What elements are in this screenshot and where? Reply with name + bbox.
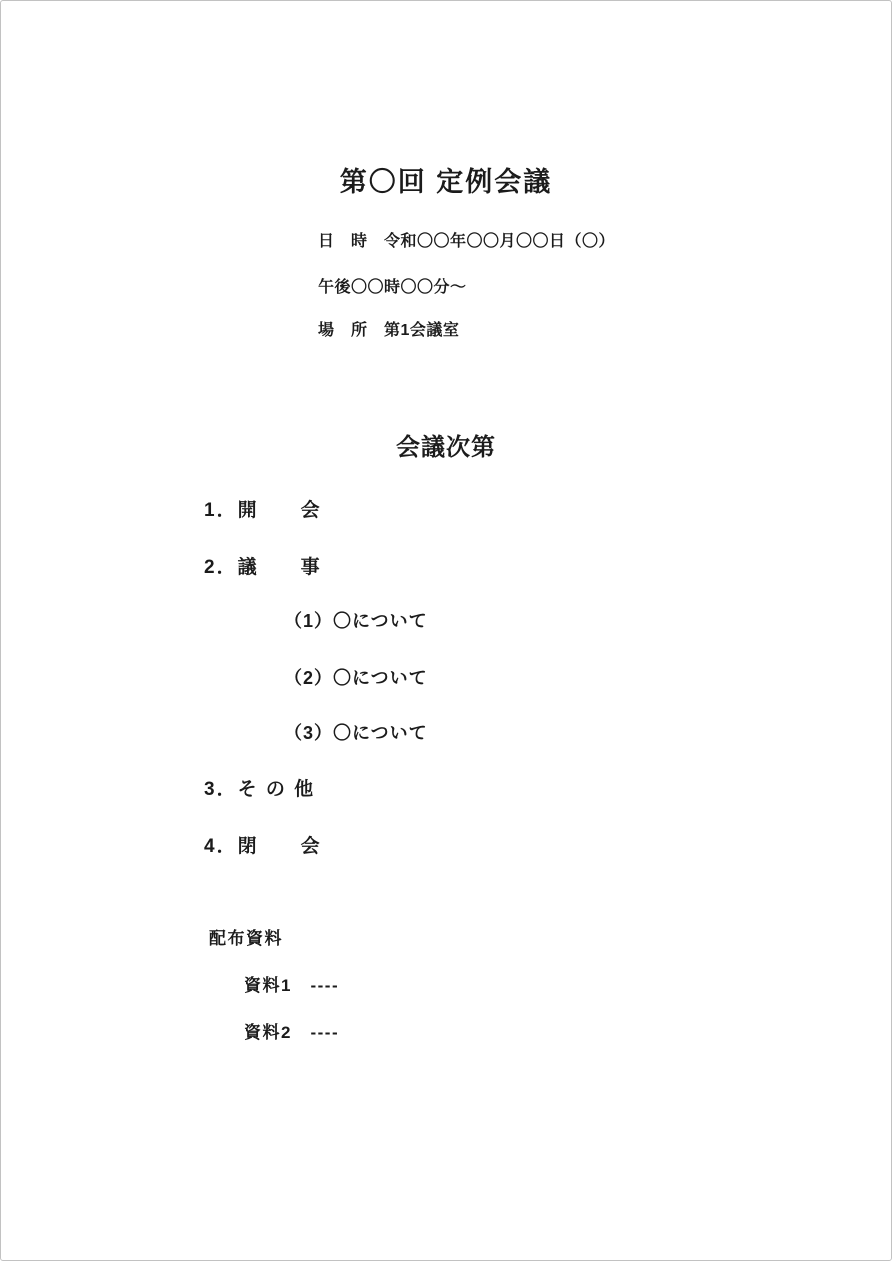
document-page: 第〇回 定例会議 日 時 令和〇〇年〇〇月〇〇日（〇） 午後〇〇時〇〇分～ 場 … [0,0,892,1261]
agenda-item-4-closing: 4．閉 会 [204,836,322,858]
handout-item-2: 資料2 ---- [244,1023,339,1043]
agenda-subitem-1: （1）〇について [284,611,428,632]
document-title: 第〇回 定例会議 [1,167,891,198]
meta-datetime-line: 日 時 令和〇〇年〇〇月〇〇日（〇） [318,233,615,251]
meta-place-line: 場 所 第1会議室 [318,322,459,340]
meta-time-line: 午後〇〇時〇〇分～ [318,279,467,297]
handouts-heading: 配布資料 [209,929,283,949]
handout-item-1: 資料1 ---- [244,976,339,996]
agenda-item-1-opening: 1．開 会 [204,500,322,522]
agenda-item-3-others: 3．そ の 他 [204,779,315,801]
agenda-subitem-3: （3）〇について [284,723,428,744]
agenda-subitem-2: （2）〇について [284,668,428,689]
agenda-item-2-proceedings: 2．議 事 [204,557,322,579]
agenda-heading: 会議次第 [1,434,891,462]
